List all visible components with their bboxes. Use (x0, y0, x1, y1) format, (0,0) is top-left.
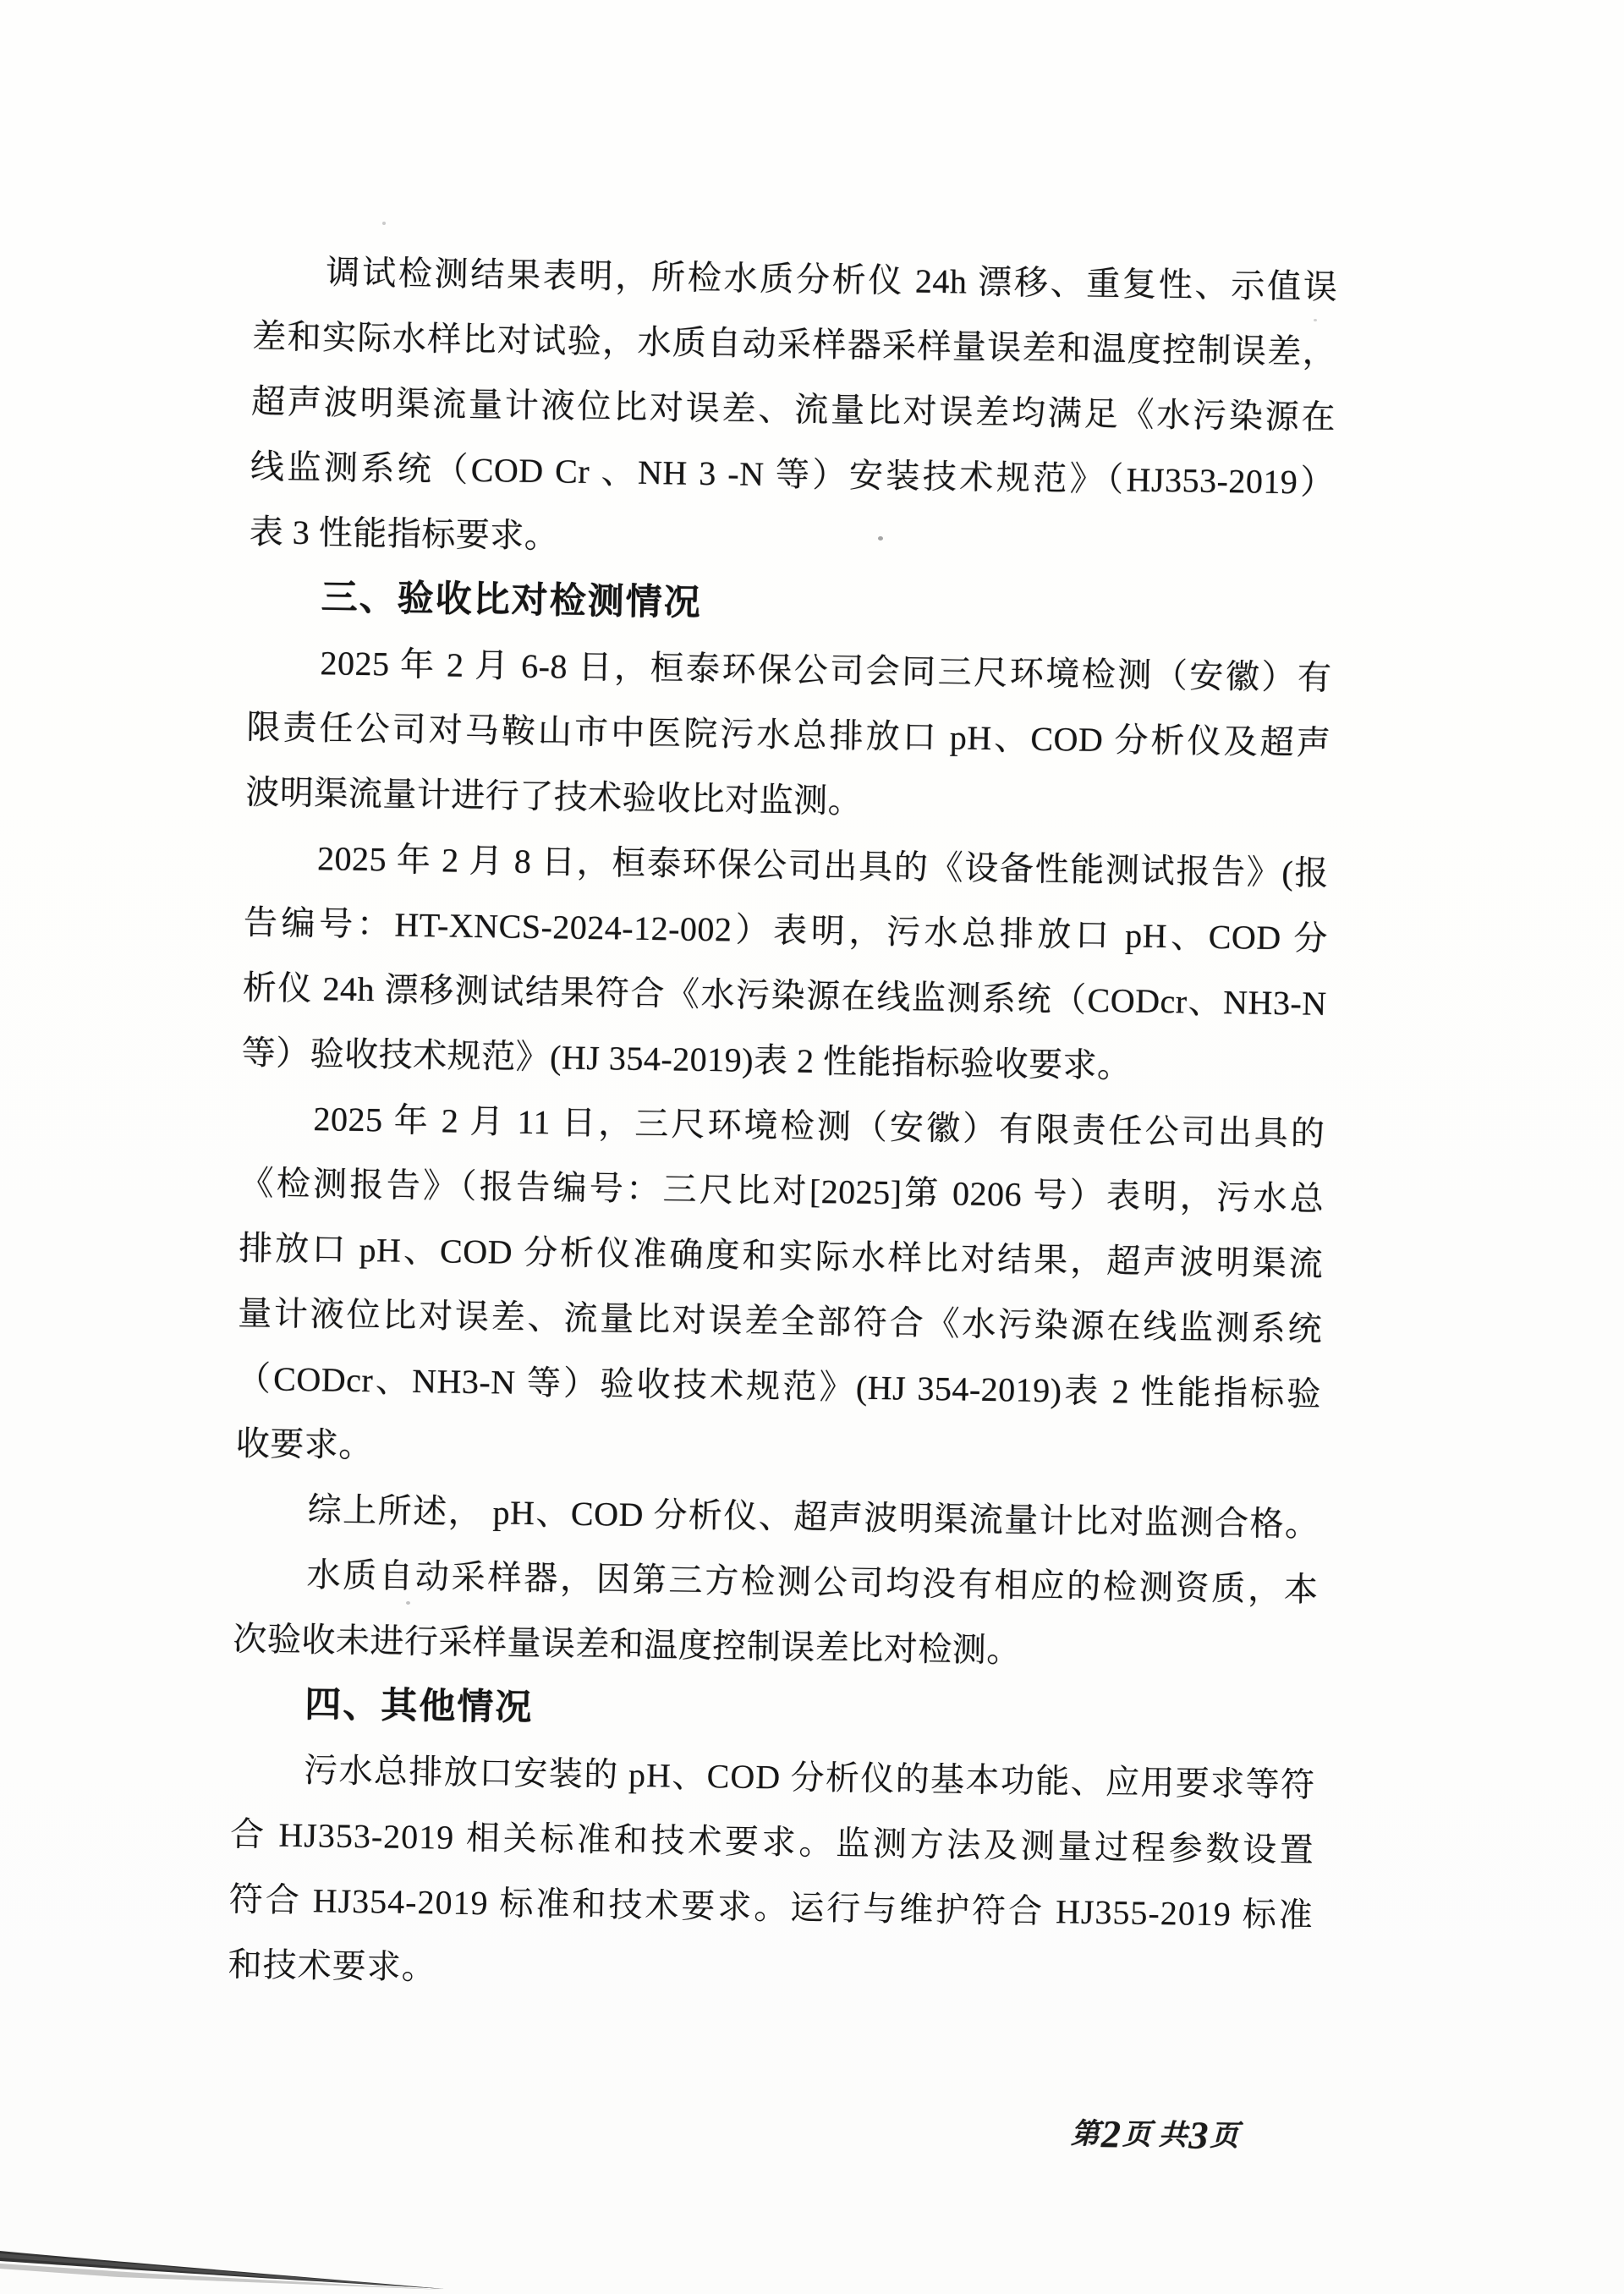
paragraph-other-situation: 污水总排放口安装的 pH、COD 分析仪的基本功能、应用要求等符合 HJ353-… (228, 1737, 1315, 2013)
footer-suffix: 页 (1210, 2121, 1239, 2152)
footer-middle: 页 共 (1122, 2119, 1188, 2151)
scan-speck (406, 1601, 410, 1605)
paragraph-commissioning-results: 调试检测结果表明，所检水质分析仪 24h 漂移、重复性、示值误差和实际水样比对试… (249, 239, 1338, 580)
scan-speck (382, 222, 386, 225)
footer-prefix: 第 (1071, 2119, 1100, 2150)
paragraph-sampler-note: 水质自动采样器，因第三方检测公司均没有相应的检测资质，本次验收未进行采样量误差和… (233, 1541, 1319, 1688)
page-footer: 第2页 共3页 (1071, 2110, 1239, 2159)
page-curl-artifact (0, 2233, 507, 2294)
document-body: 调试检测结果表明，所检水质分析仪 24h 漂移、重复性、示值误差和实际水样比对试… (228, 239, 1338, 2013)
scanned-page: 调试检测结果表明，所检水质分析仪 24h 漂移、重复性、示值误差和实际水样比对试… (0, 0, 1624, 2294)
paragraph-acceptance-monitoring: 2025 年 2 月 6-8 日，桓泰环保公司会同三尺环境检测（安徽）有限责任公… (245, 629, 1332, 841)
paragraph-test-report: 2025 年 2 月 11 日，三尺环境检测（安徽）有限责任公司出具的《检测报告… (235, 1085, 1325, 1492)
scan-speck (1314, 319, 1317, 321)
footer-total-pages: 3 (1187, 2114, 1210, 2157)
scan-speck (878, 536, 883, 541)
footer-current-page: 2 (1100, 2112, 1123, 2155)
paragraph-performance-test-report: 2025 年 2 月 8 日，桓泰环保公司出具的《设备性能测试报告》(报告编号：… (241, 825, 1329, 1101)
